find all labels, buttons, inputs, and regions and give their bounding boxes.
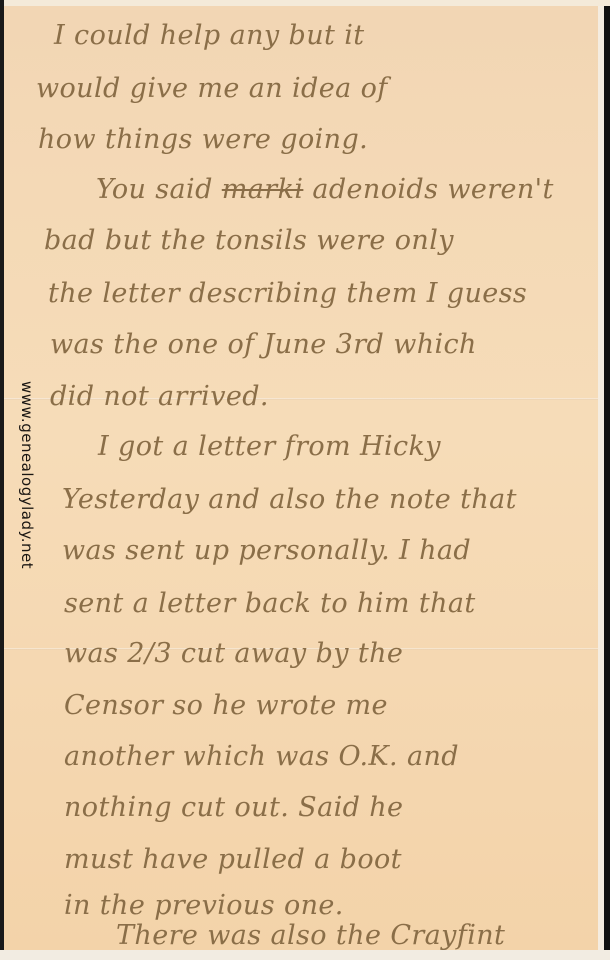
scan-right-edge	[598, 6, 604, 950]
letter-line-17: must have pulled a boot	[64, 844, 402, 875]
letter-line-13: was 2/3 cut away by the	[64, 638, 403, 669]
letter-line-4: You said marki adenoids weren't	[96, 174, 554, 205]
letter-line-5: bad but the tonsils were only	[44, 225, 454, 256]
line-text: adenoids weren't	[303, 174, 553, 205]
letter-line-15: another which was O.K. and	[64, 741, 459, 772]
watermark-url: www.genealogylady.net	[18, 381, 36, 569]
letter-line-8: did not arrived.	[50, 381, 269, 412]
letter-line-7: was the one of June 3rd which	[50, 329, 477, 360]
letter-line-1: I could help any but it	[54, 20, 365, 51]
letter-line-6: the letter describing them I guess	[48, 278, 527, 309]
letter-line-14: Censor so he wrote me	[64, 690, 388, 721]
scan-bottom-edge	[0, 950, 610, 960]
line-text: You said	[96, 174, 222, 205]
struck-out-word: marki	[222, 174, 304, 205]
letter-line-18: in the previous one.	[64, 890, 344, 921]
letter-line-2: would give me an idea of	[36, 73, 388, 104]
letter-line-12: sent a letter back to him that	[64, 588, 476, 619]
letter-page: www.genealogylady.net I could help any b…	[4, 6, 604, 950]
letter-line-10: Yesterday and also the note that	[62, 484, 517, 515]
letter-line-19: There was also the Crayfint	[116, 920, 505, 951]
letter-line-16: nothing cut out. Said he	[64, 792, 403, 823]
letter-line-11: was sent up personally. I had	[62, 535, 471, 566]
letter-line-3: how things were going.	[38, 124, 368, 155]
letter-line-9: I got a letter from Hicky	[98, 431, 441, 462]
